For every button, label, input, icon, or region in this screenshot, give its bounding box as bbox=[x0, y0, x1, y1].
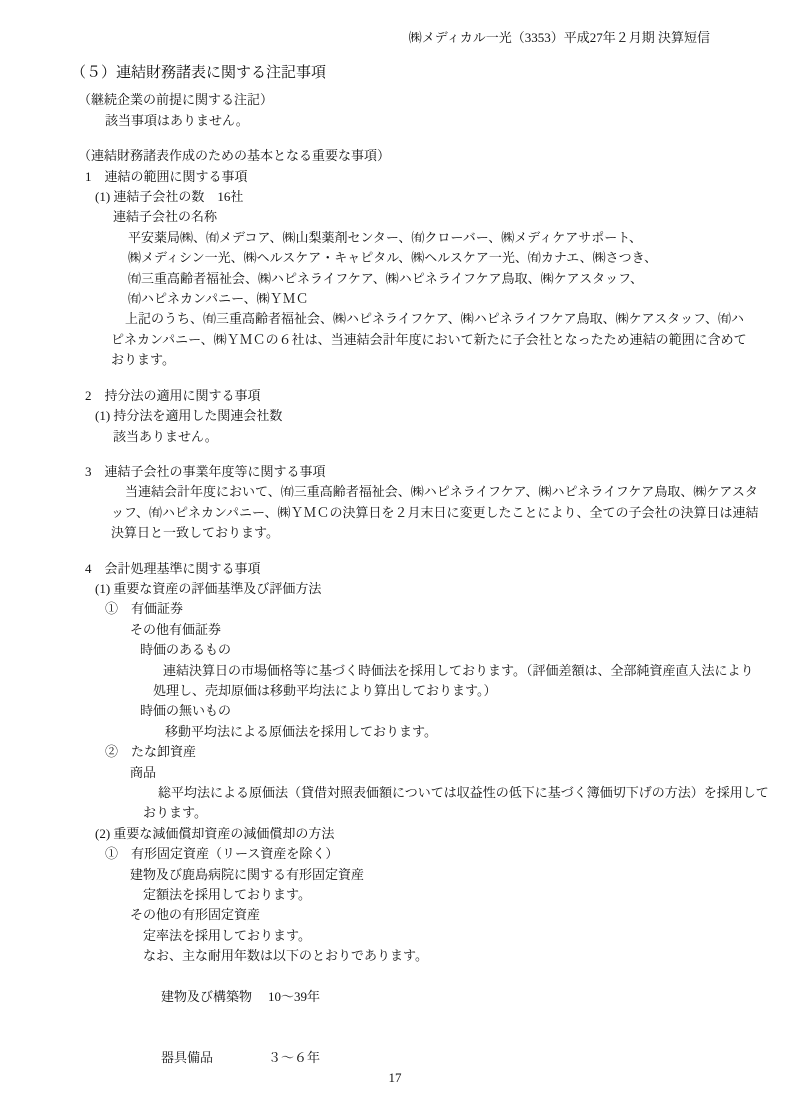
equity-method-sub: (1) 持分法を適用した関連会社数 bbox=[0, 406, 790, 426]
subsidiary-names-line: ㈱メディシン一光、㈱ヘルスケア・キャピタル、㈱ヘルスケア一光、㈲カナエ、㈱さつき… bbox=[0, 248, 790, 268]
subsidiary-names-line: ㈲三重高齢者福祉会、㈱ハピネライフケア、㈱ハピネライフケア鳥取、㈱ケアスタッフ、 bbox=[0, 269, 790, 289]
spacer bbox=[0, 131, 790, 146]
useful-life-label: 建物及び構築物 bbox=[161, 987, 268, 1007]
basic-matters-heading: （連結財務諸表作成のための基本となる重要な事項） bbox=[0, 146, 790, 166]
going-concern-body: 該当事項はありません。 bbox=[0, 111, 790, 131]
document-page: ㈱メディカル一光（3353）平成27年２月期 決算短信 （５）連結財務諸表に関す… bbox=[0, 0, 790, 1118]
scope-subsidiary-count: (1) 連結子会社の数 16社 bbox=[0, 187, 790, 207]
scope-names-label: 連結子会社の名称 bbox=[0, 207, 790, 227]
scope-note-line: おります。 bbox=[0, 350, 790, 370]
tangible-other-method: 定率法を採用しております。 bbox=[0, 926, 790, 946]
fiscal-year-body-line: 当連結会計年度において、㈲三重高齢者福祉会、㈱ハピネライフケア、㈱ハピネライフケ… bbox=[0, 482, 790, 502]
subsidiary-names-line: 平安薬局㈱、㈲メデコア、㈱山梨薬剤センター、㈲クローバー、㈱メディケアサポート、 bbox=[0, 228, 790, 248]
spacer bbox=[0, 371, 790, 386]
equity-method-body: 該当ありません。 bbox=[0, 427, 790, 447]
inventory-item-label: 商品 bbox=[0, 763, 790, 783]
accounting-heading: 4 会計処理基準に関する事項 bbox=[0, 559, 790, 579]
useful-life-value: 10～39年 bbox=[268, 989, 320, 1004]
equity-method-heading: 2 持分法の適用に関する事項 bbox=[0, 386, 790, 406]
tangible-building-label: 建物及び鹿島病院に関する有形固定資産 bbox=[0, 865, 790, 885]
spacer bbox=[0, 447, 790, 462]
other-securities-label: その他有価証券 bbox=[0, 620, 790, 640]
valuation-heading: (1) 重要な資産の評価基準及び評価方法 bbox=[0, 579, 790, 599]
tangible-building-method: 定額法を採用しております。 bbox=[0, 885, 790, 905]
going-concern-heading: （継続企業の前提に関する注記） bbox=[0, 90, 790, 110]
section-title: （５）連結財務諸表に関する注記事項 bbox=[0, 61, 790, 85]
without-market-label: 時価の無いもの bbox=[0, 701, 790, 721]
fiscal-year-body-line: 決算日と一致しております。 bbox=[0, 523, 790, 543]
with-market-label: 時価のあるもの bbox=[0, 640, 790, 660]
inventory-body-line: おります。 bbox=[0, 803, 790, 823]
fiscal-year-body-line: ッフ、㈲ハピネカンパニー、㈱ＹＭＣの決算日を２月末日に変更したことにより、全ての… bbox=[0, 503, 790, 523]
scope-note-line: ピネカンパニー、㈱ＹＭＣの６社は、当連結会計年度において新たに子会社となったため… bbox=[0, 330, 790, 350]
page-header: ㈱メディカル一光（3353）平成27年２月期 決算短信 bbox=[0, 28, 790, 48]
useful-life-value: ３～６年 bbox=[268, 1050, 320, 1065]
securities-heading: ① 有価証券 bbox=[0, 599, 790, 619]
depreciation-heading: (2) 重要な減価償却資産の減価償却の方法 bbox=[0, 824, 790, 844]
without-market-body: 移動平均法による原価法を採用しております。 bbox=[0, 722, 790, 742]
tangible-other-label: その他の有形固定資産 bbox=[0, 905, 790, 925]
tangible-heading: ① 有形固定資産（リース資産を除く） bbox=[0, 844, 790, 864]
useful-life-note: なお、主な耐用年数は以下のとおりであります。 bbox=[0, 946, 790, 966]
page-number: 17 bbox=[0, 1068, 790, 1088]
with-market-body-line: 連結決算日の市場価格等に基づく時価法を採用しております。（評価差額は、全部純資産… bbox=[0, 661, 790, 681]
useful-life-row: 建物及び構築物10～39年 bbox=[0, 967, 790, 1028]
subsidiary-names-line: ㈲ハピネカンパニー、㈱ＹＭＣ bbox=[0, 289, 790, 309]
inventory-body-line: 総平均法による原価法（貸借対照表価額については収益性の低下に基づく簿価切下げの方… bbox=[0, 783, 790, 803]
scope-heading: 1 連結の範囲に関する事項 bbox=[0, 167, 790, 187]
useful-life-label: 器具備品 bbox=[161, 1048, 268, 1068]
spacer bbox=[0, 544, 790, 559]
with-market-body-line: 処理し、売却原価は移動平均法により算出しております。） bbox=[0, 681, 790, 701]
scope-note-line: 上記のうち、㈲三重高齢者福祉会、㈱ハピネライフケア、㈱ハピネライフケア鳥取、㈱ケ… bbox=[0, 309, 790, 329]
inventory-heading: ② たな卸資産 bbox=[0, 742, 790, 762]
fiscal-year-heading: 3 連結子会社の事業年度等に関する事項 bbox=[0, 462, 790, 482]
